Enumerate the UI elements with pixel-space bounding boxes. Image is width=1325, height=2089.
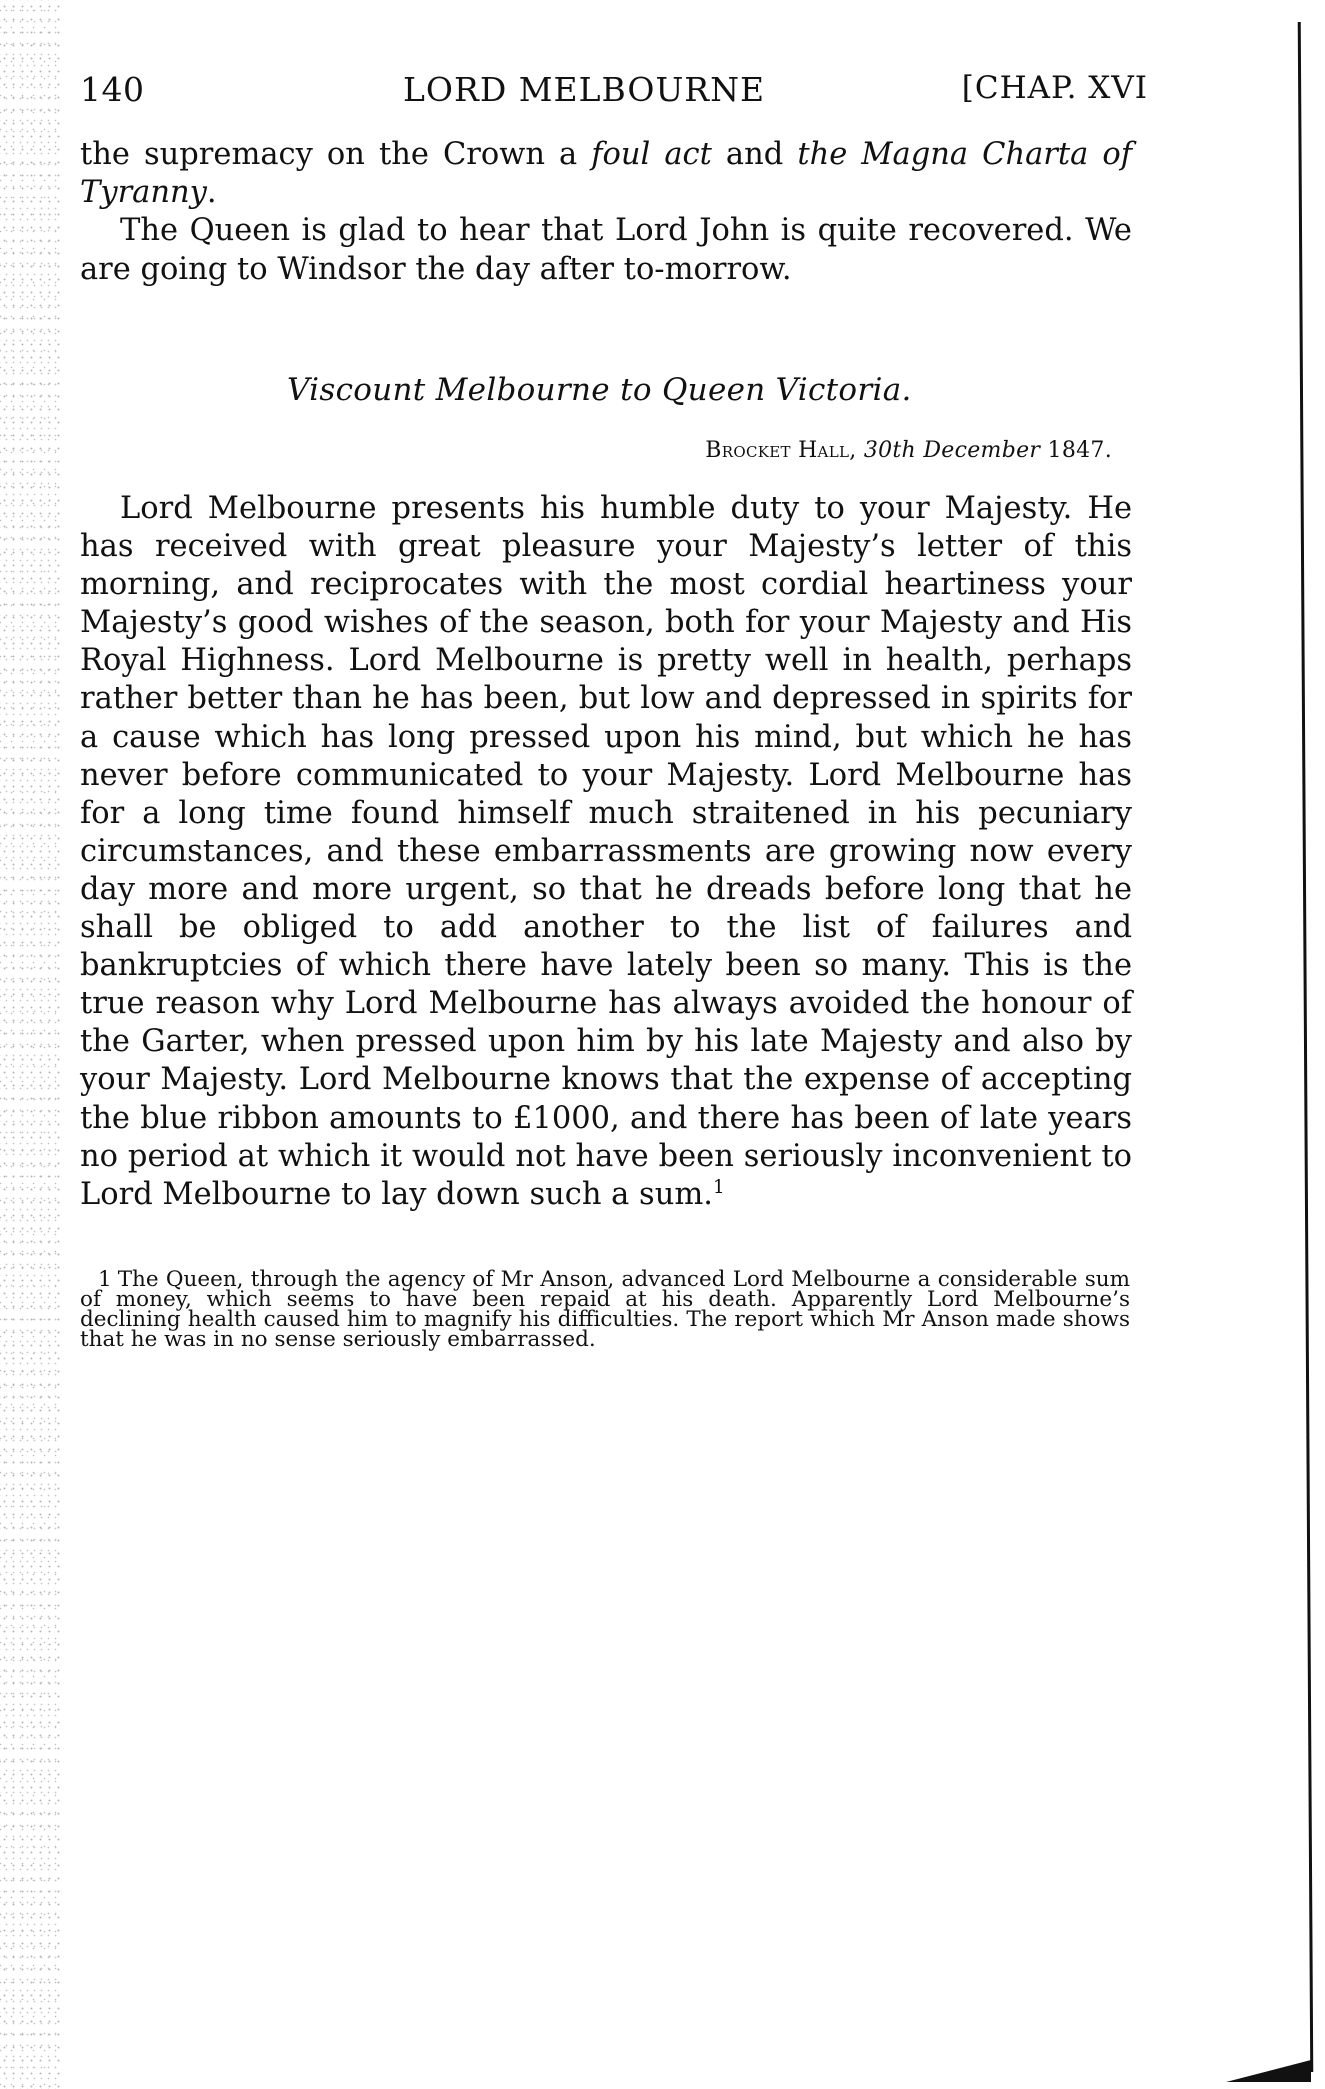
page-number: 140 bbox=[80, 70, 145, 109]
footnote: 1The Queen, through the agency of Mr Ans… bbox=[80, 1270, 1130, 1350]
dateline-year: 1847. bbox=[1048, 438, 1112, 463]
letter-text: Lord Melbourne presents his humble duty … bbox=[80, 491, 1132, 1212]
text-segment: the supremacy on the Crown a bbox=[80, 137, 591, 172]
running-head: 140 LORD MELBOURNE [CHAP. XVI bbox=[80, 70, 1148, 110]
dateline-place: Brocket Hall, bbox=[705, 438, 856, 463]
page-edge-line bbox=[1298, 22, 1314, 2072]
dateline-day: 30th bbox=[864, 438, 916, 463]
dateline-month: December bbox=[923, 438, 1040, 463]
chapter-marker: [CHAP. XVI bbox=[962, 70, 1148, 106]
text-segment: and bbox=[712, 137, 797, 172]
scan-gutter-noise bbox=[0, 0, 60, 2089]
continued-text: the supremacy on the Crown a foul act an… bbox=[80, 136, 1132, 289]
letter-paragraph: Lord Melbourne presents his humble duty … bbox=[80, 490, 1132, 1214]
letter-dateline: Brocket Hall, 30th December 1847. bbox=[705, 438, 1112, 463]
running-title: LORD MELBOURNE bbox=[403, 70, 765, 109]
letter-heading: Viscount Melbourne to Queen Victoria. bbox=[287, 372, 912, 408]
book-page: 140 LORD MELBOURNE [CHAP. XVI the suprem… bbox=[0, 0, 1325, 2089]
footnote-text: The Queen, through the agency of Mr Anso… bbox=[80, 1267, 1130, 1352]
continued-paragraph: the supremacy on the Crown a foul act an… bbox=[80, 136, 1132, 212]
letter-body: Lord Melbourne presents his humble duty … bbox=[80, 490, 1132, 1214]
closing-paragraph: The Queen is glad to hear that Lord John… bbox=[80, 212, 1132, 288]
page-edge-corner bbox=[1226, 2060, 1311, 2082]
italic-phrase-foul-act: foul act bbox=[591, 137, 712, 172]
text-segment: . bbox=[207, 175, 217, 210]
footnote-reference[interactable]: 1 bbox=[713, 1177, 725, 1198]
